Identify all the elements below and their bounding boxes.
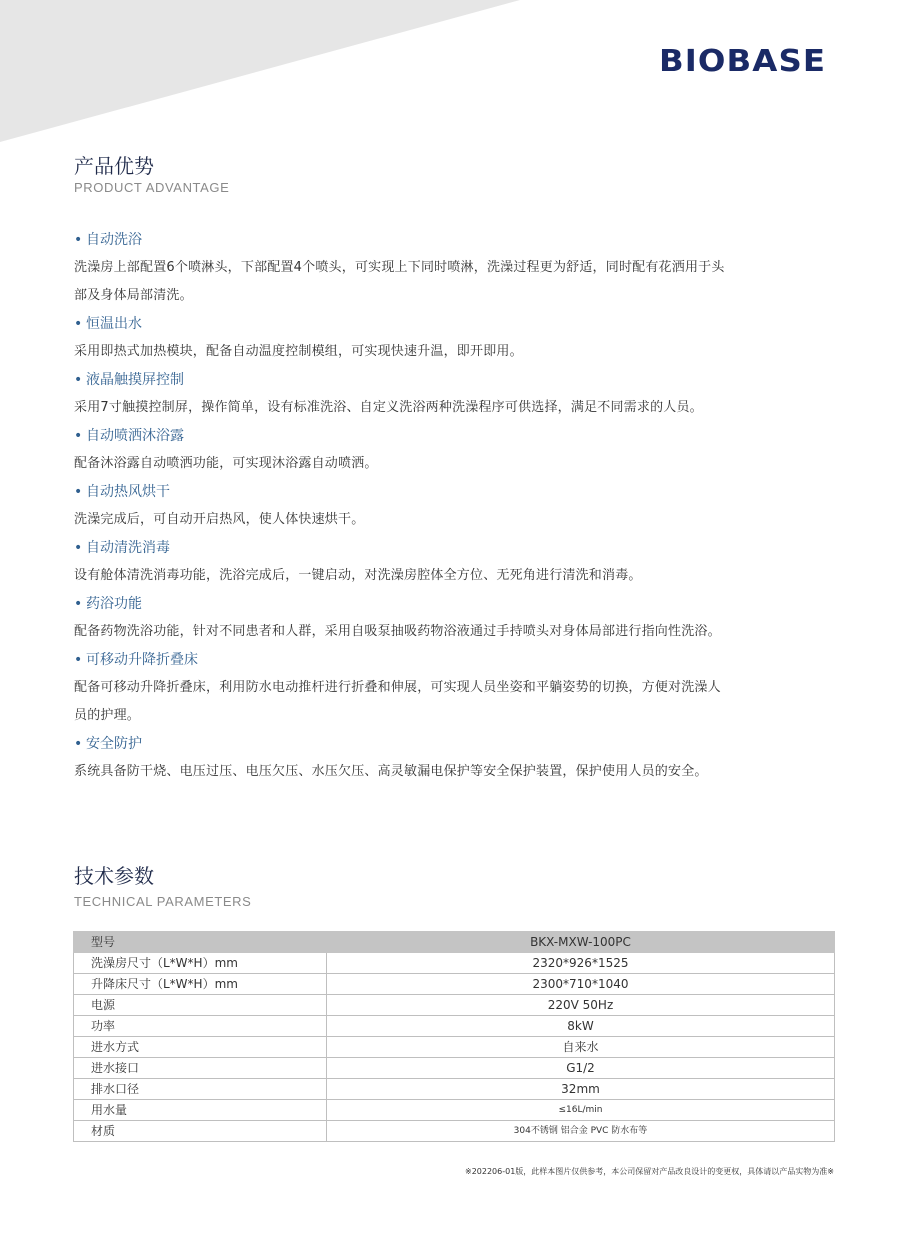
advantage-heading-text: 自动洗浴 xyxy=(86,232,142,248)
advantages-title: 产品优势 xyxy=(74,150,154,179)
advantage-heading: •液晶触摸屏控制 xyxy=(74,366,834,394)
advantage-body: 配备可移动升降折叠床，利用防水电动推杆进行折叠和伸展，可实现人员坐姿和平躺姿势的… xyxy=(74,674,834,702)
advantage-item: •自动清洗消毒 设有舱体清洗消毒功能，洗浴完成后，一键启动，对洗澡房腔体全方位、… xyxy=(74,534,834,590)
parameters-subtitle: TECHNICAL PARAMETERS xyxy=(74,894,251,909)
advantage-body: 配备沐浴露自动喷洒功能，可实现沐浴露自动喷洒。 xyxy=(74,450,834,478)
advantage-heading-text: 液晶触摸屏控制 xyxy=(86,372,184,388)
spec-value: 2320*926*1525 xyxy=(327,953,835,974)
spec-value: 自来水 xyxy=(327,1037,835,1058)
advantage-heading-text: 可移动升降折叠床 xyxy=(86,652,198,668)
spec-value: 2300*710*1040 xyxy=(327,974,835,995)
advantage-item: •液晶触摸屏控制 采用7寸触摸控制屏，操作简单，设有标准洗浴、自定义洗浴两种洗澡… xyxy=(74,366,834,422)
spec-header-value: BKX-MXW-100PC xyxy=(327,932,835,953)
bullet-icon: • xyxy=(74,422,86,450)
advantage-body: 员的护理。 xyxy=(74,702,834,730)
advantage-body: 部及身体局部清洗。 xyxy=(74,282,834,310)
advantage-item: •恒温出水 采用即热式加热模块，配备自动温度控制模组，可实现快速升温，即开即用。 xyxy=(74,310,834,366)
footnote: ※202206-01版，此样本图片仅供参考，本公司保留对产品改良设计的变更权，具… xyxy=(465,1166,834,1177)
bullet-icon: • xyxy=(74,730,86,758)
table-row: 进水方式 自来水 xyxy=(74,1037,835,1058)
advantage-heading: •恒温出水 xyxy=(74,310,834,338)
table-row: 材质 304不锈钢 铝合金 PVC 防水布等 xyxy=(74,1121,835,1142)
advantage-body: 洗澡房上部配置6个喷淋头，下部配置4个喷头，可实现上下同时喷淋，洗澡过程更为舒适… xyxy=(74,254,834,282)
spec-label: 材质 xyxy=(74,1121,327,1142)
advantage-heading-text: 自动热风烘干 xyxy=(86,484,170,500)
advantage-item: •安全防护 系统具备防干烧、电压过压、电压欠压、水压欠压、高灵敏漏电保护等安全保… xyxy=(74,730,834,786)
advantage-body: 设有舱体清洗消毒功能，洗浴完成后，一键启动，对洗澡房腔体全方位、无死角进行清洗和… xyxy=(74,562,834,590)
advantage-heading: •自动清洗消毒 xyxy=(74,534,834,562)
advantage-heading: •可移动升降折叠床 xyxy=(74,646,834,674)
brand-logo: BIOBASE xyxy=(659,44,826,79)
advantage-heading: •安全防护 xyxy=(74,730,834,758)
advantage-heading-text: 药浴功能 xyxy=(86,596,142,612)
spec-label: 进水接口 xyxy=(74,1058,327,1079)
spec-value: 304不锈钢 铝合金 PVC 防水布等 xyxy=(327,1121,835,1142)
advantage-body: 配备药物洗浴功能，针对不同患者和人群，采用自吸泵抽吸药物浴液通过手持喷头对身体局… xyxy=(74,618,834,646)
spec-label: 功率 xyxy=(74,1016,327,1037)
table-row: 进水接口 G1/2 xyxy=(74,1058,835,1079)
advantage-item: •自动喷洒沐浴露 配备沐浴露自动喷洒功能，可实现沐浴露自动喷洒。 xyxy=(74,422,834,478)
advantage-heading: •药浴功能 xyxy=(74,590,834,618)
advantage-item: •自动热风烘干 洗澡完成后，可自动开启热风，使人体快速烘干。 xyxy=(74,478,834,534)
spec-label: 电源 xyxy=(74,995,327,1016)
bullet-icon: • xyxy=(74,226,86,254)
parameters-title: 技术参数 xyxy=(74,860,154,889)
spec-value: 32mm xyxy=(327,1079,835,1100)
bullet-icon: • xyxy=(74,646,86,674)
advantages-list: •自动洗浴 洗澡房上部配置6个喷淋头，下部配置4个喷头，可实现上下同时喷淋，洗澡… xyxy=(74,226,834,786)
advantage-body: 采用即热式加热模块，配备自动温度控制模组，可实现快速升温，即开即用。 xyxy=(74,338,834,366)
spec-label: 洗澡房尺寸（L*W*H）mm xyxy=(74,953,327,974)
table-row: 升降床尺寸（L*W*H）mm 2300*710*1040 xyxy=(74,974,835,995)
spec-label: 用水量 xyxy=(74,1100,327,1121)
advantage-heading-text: 自动清洗消毒 xyxy=(86,540,170,556)
spec-label: 排水口径 xyxy=(74,1079,327,1100)
advantages-subtitle: PRODUCT ADVANTAGE xyxy=(74,180,229,195)
advantage-heading-text: 恒温出水 xyxy=(86,316,142,332)
spec-label: 升降床尺寸（L*W*H）mm xyxy=(74,974,327,995)
spec-value: ≤16L/min xyxy=(327,1100,835,1121)
advantage-heading-text: 安全防护 xyxy=(86,736,142,752)
spec-value: 220V 50Hz xyxy=(327,995,835,1016)
spec-value: G1/2 xyxy=(327,1058,835,1079)
table-row: 功率 8kW xyxy=(74,1016,835,1037)
bullet-icon: • xyxy=(74,366,86,394)
advantage-body: 洗澡完成后，可自动开启热风，使人体快速烘干。 xyxy=(74,506,834,534)
spec-label: 进水方式 xyxy=(74,1037,327,1058)
bullet-icon: • xyxy=(74,590,86,618)
spec-table-header: 型号 BKX-MXW-100PC xyxy=(74,932,835,953)
decorative-corner-shape xyxy=(0,0,520,142)
table-row: 电源 220V 50Hz xyxy=(74,995,835,1016)
table-row: 用水量 ≤16L/min xyxy=(74,1100,835,1121)
advantage-heading: •自动喷洒沐浴露 xyxy=(74,422,834,450)
spec-value: 8kW xyxy=(327,1016,835,1037)
advantage-heading: •自动热风烘干 xyxy=(74,478,834,506)
spec-table: 型号 BKX-MXW-100PC 洗澡房尺寸（L*W*H）mm 2320*926… xyxy=(73,931,835,1142)
spec-header-label: 型号 xyxy=(74,932,327,953)
advantage-heading-text: 自动喷洒沐浴露 xyxy=(86,428,184,444)
advantage-body: 采用7寸触摸控制屏，操作简单，设有标准洗浴、自定义洗浴两种洗澡程序可供选择，满足… xyxy=(74,394,834,422)
table-row: 排水口径 32mm xyxy=(74,1079,835,1100)
advantage-heading: •自动洗浴 xyxy=(74,226,834,254)
advantage-body: 系统具备防干烧、电压过压、电压欠压、水压欠压、高灵敏漏电保护等安全保护装置，保护… xyxy=(74,758,834,786)
bullet-icon: • xyxy=(74,310,86,338)
bullet-icon: • xyxy=(74,478,86,506)
table-row: 洗澡房尺寸（L*W*H）mm 2320*926*1525 xyxy=(74,953,835,974)
advantage-item: •自动洗浴 洗澡房上部配置6个喷淋头，下部配置4个喷头，可实现上下同时喷淋，洗澡… xyxy=(74,226,834,310)
advantage-item: •药浴功能 配备药物洗浴功能，针对不同患者和人群，采用自吸泵抽吸药物浴液通过手持… xyxy=(74,590,834,646)
advantage-item: •可移动升降折叠床 配备可移动升降折叠床，利用防水电动推杆进行折叠和伸展，可实现… xyxy=(74,646,834,730)
bullet-icon: • xyxy=(74,534,86,562)
